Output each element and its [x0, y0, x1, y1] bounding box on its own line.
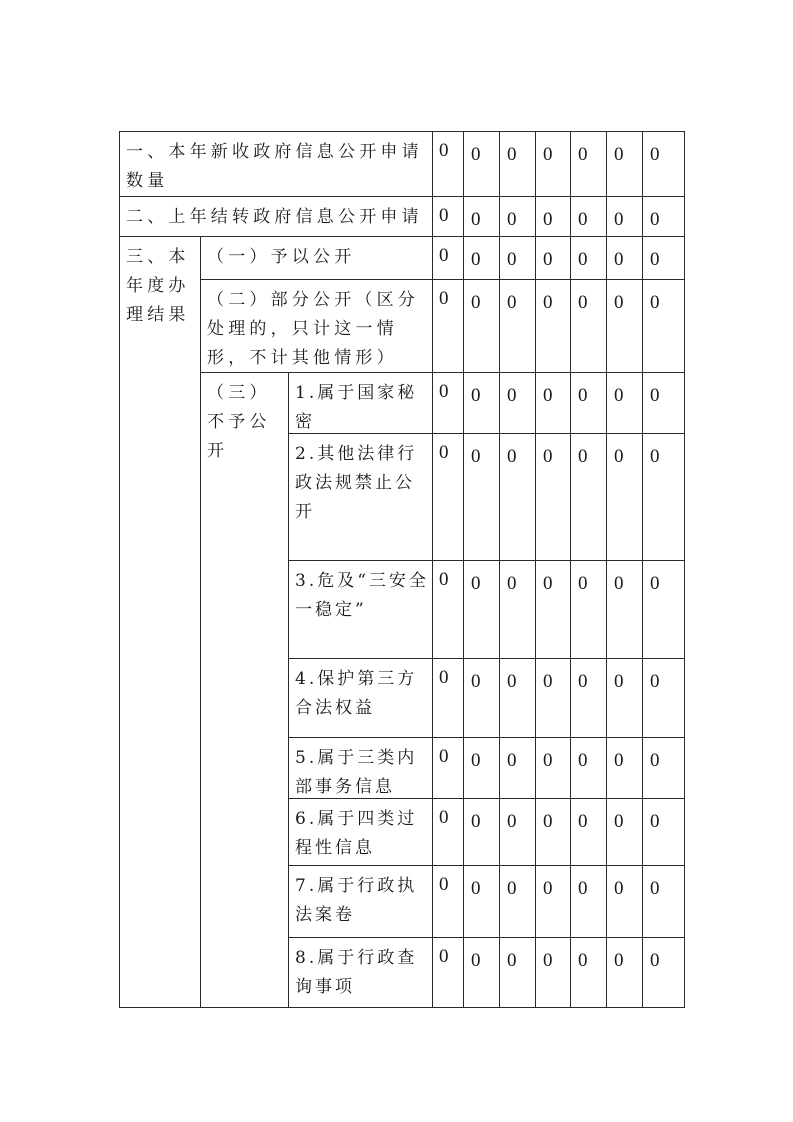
value-cell: 0: [499, 236, 535, 279]
value-cell: 0: [432, 196, 463, 236]
value-cell: 0: [642, 279, 685, 372]
value-cell: 0: [606, 196, 642, 236]
row-label-new-requests: 一、本年新收政府信息公开申请数量: [119, 131, 432, 196]
row-label-third-party: 4.保护第三方合法权益: [288, 658, 432, 737]
value-cell: 0: [499, 372, 535, 433]
value-cell: 0: [432, 798, 463, 865]
value-cell: 0: [463, 737, 499, 798]
value-cell: 0: [642, 372, 685, 433]
value-cell: 0: [570, 865, 606, 937]
value-cell: 0: [463, 798, 499, 865]
value-cell: 0: [606, 131, 642, 196]
row-label-three-security: 3.危及“三安全一稳定”: [288, 560, 432, 658]
value-cell: 0: [642, 865, 685, 937]
value-cell: 0: [570, 737, 606, 798]
value-cell: 0: [432, 560, 463, 658]
value-cell: 0: [535, 937, 570, 1008]
value-cell: 0: [606, 798, 642, 865]
value-cell: 0: [432, 236, 463, 279]
value-cell: 0: [535, 798, 570, 865]
value-cell: 0: [642, 236, 685, 279]
value-cell: 0: [463, 131, 499, 196]
value-cell: 0: [535, 865, 570, 937]
value-cell: 0: [642, 433, 685, 560]
value-cell: 0: [432, 131, 463, 196]
value-cell: 0: [432, 279, 463, 372]
value-cell: 0: [606, 937, 642, 1008]
value-cell: 0: [642, 196, 685, 236]
value-cell: 0: [499, 560, 535, 658]
row-label-enforcement-files: 7.属于行政执法案卷: [288, 865, 432, 937]
value-cell: 0: [606, 865, 642, 937]
value-cell: 0: [570, 798, 606, 865]
value-cell: 0: [535, 372, 570, 433]
value-cell: 0: [463, 236, 499, 279]
value-cell: 0: [570, 433, 606, 560]
value-cell: 0: [499, 196, 535, 236]
statistics-table: 一、本年新收政府信息公开申请数量 0 0 0 0 0 0 0 二、上年结转政府信…: [119, 131, 685, 1008]
value-cell: 0: [535, 433, 570, 560]
value-cell: 0: [535, 131, 570, 196]
value-cell: 0: [606, 433, 642, 560]
row-label-query-matters: 8.属于行政查询事项: [288, 937, 432, 1008]
value-cell: 0: [606, 372, 642, 433]
value-cell: 0: [463, 865, 499, 937]
group-label-results: 三、本年度办理结果: [119, 236, 200, 1008]
value-cell: 0: [499, 737, 535, 798]
row-label-disclosed: （一）予以公开: [200, 236, 432, 279]
value-cell: 0: [606, 236, 642, 279]
value-cell: 0: [535, 560, 570, 658]
value-cell: 0: [570, 658, 606, 737]
value-cell: 0: [499, 865, 535, 937]
value-cell: 0: [463, 279, 499, 372]
value-cell: 0: [463, 658, 499, 737]
value-cell: 0: [606, 658, 642, 737]
value-cell: 0: [499, 658, 535, 737]
value-cell: 0: [570, 372, 606, 433]
row-label-internal-affairs: 5.属于三类内部事务信息: [288, 737, 432, 798]
value-cell: 0: [570, 196, 606, 236]
value-cell: 0: [606, 560, 642, 658]
value-cell: 0: [463, 196, 499, 236]
value-cell: 0: [606, 279, 642, 372]
subgroup-label-not-disclosed: （三）不予公开: [200, 372, 288, 1008]
value-cell: 0: [499, 279, 535, 372]
value-cell: 0: [432, 937, 463, 1008]
value-cell: 0: [642, 560, 685, 658]
value-cell: 0: [570, 937, 606, 1008]
value-cell: 0: [432, 658, 463, 737]
value-cell: 0: [642, 737, 685, 798]
value-cell: 0: [535, 658, 570, 737]
value-cell: 0: [432, 372, 463, 433]
value-cell: 0: [499, 798, 535, 865]
value-cell: 0: [642, 131, 685, 196]
value-cell: 0: [463, 560, 499, 658]
value-cell: 0: [535, 196, 570, 236]
value-cell: 0: [535, 737, 570, 798]
value-cell: 0: [499, 433, 535, 560]
value-cell: 0: [463, 372, 499, 433]
value-cell: 0: [463, 433, 499, 560]
value-cell: 0: [606, 737, 642, 798]
value-cell: 0: [499, 131, 535, 196]
value-cell: 0: [432, 433, 463, 560]
value-cell: 0: [570, 131, 606, 196]
value-cell: 0: [570, 560, 606, 658]
value-cell: 0: [432, 737, 463, 798]
row-label-state-secret: 1.属于国家秘密: [288, 372, 432, 433]
value-cell: 0: [642, 798, 685, 865]
value-cell: 0: [535, 236, 570, 279]
value-cell: 0: [570, 236, 606, 279]
row-label-partially-disclosed: （二）部分公开（区分处理的，只计这一情形，不计其他情形）: [200, 279, 432, 372]
value-cell: 0: [642, 658, 685, 737]
value-cell: 0: [432, 865, 463, 937]
value-cell: 0: [499, 937, 535, 1008]
row-label-process-info: 6.属于四类过程性信息: [288, 798, 432, 865]
value-cell: 0: [535, 279, 570, 372]
value-cell: 0: [642, 937, 685, 1008]
value-cell: 0: [463, 937, 499, 1008]
value-cell: 0: [570, 279, 606, 372]
row-label-carried-over: 二、上年结转政府信息公开申请: [119, 196, 432, 236]
row-label-law-prohibited: 2.其他法律行政法规禁止公开: [288, 433, 432, 560]
